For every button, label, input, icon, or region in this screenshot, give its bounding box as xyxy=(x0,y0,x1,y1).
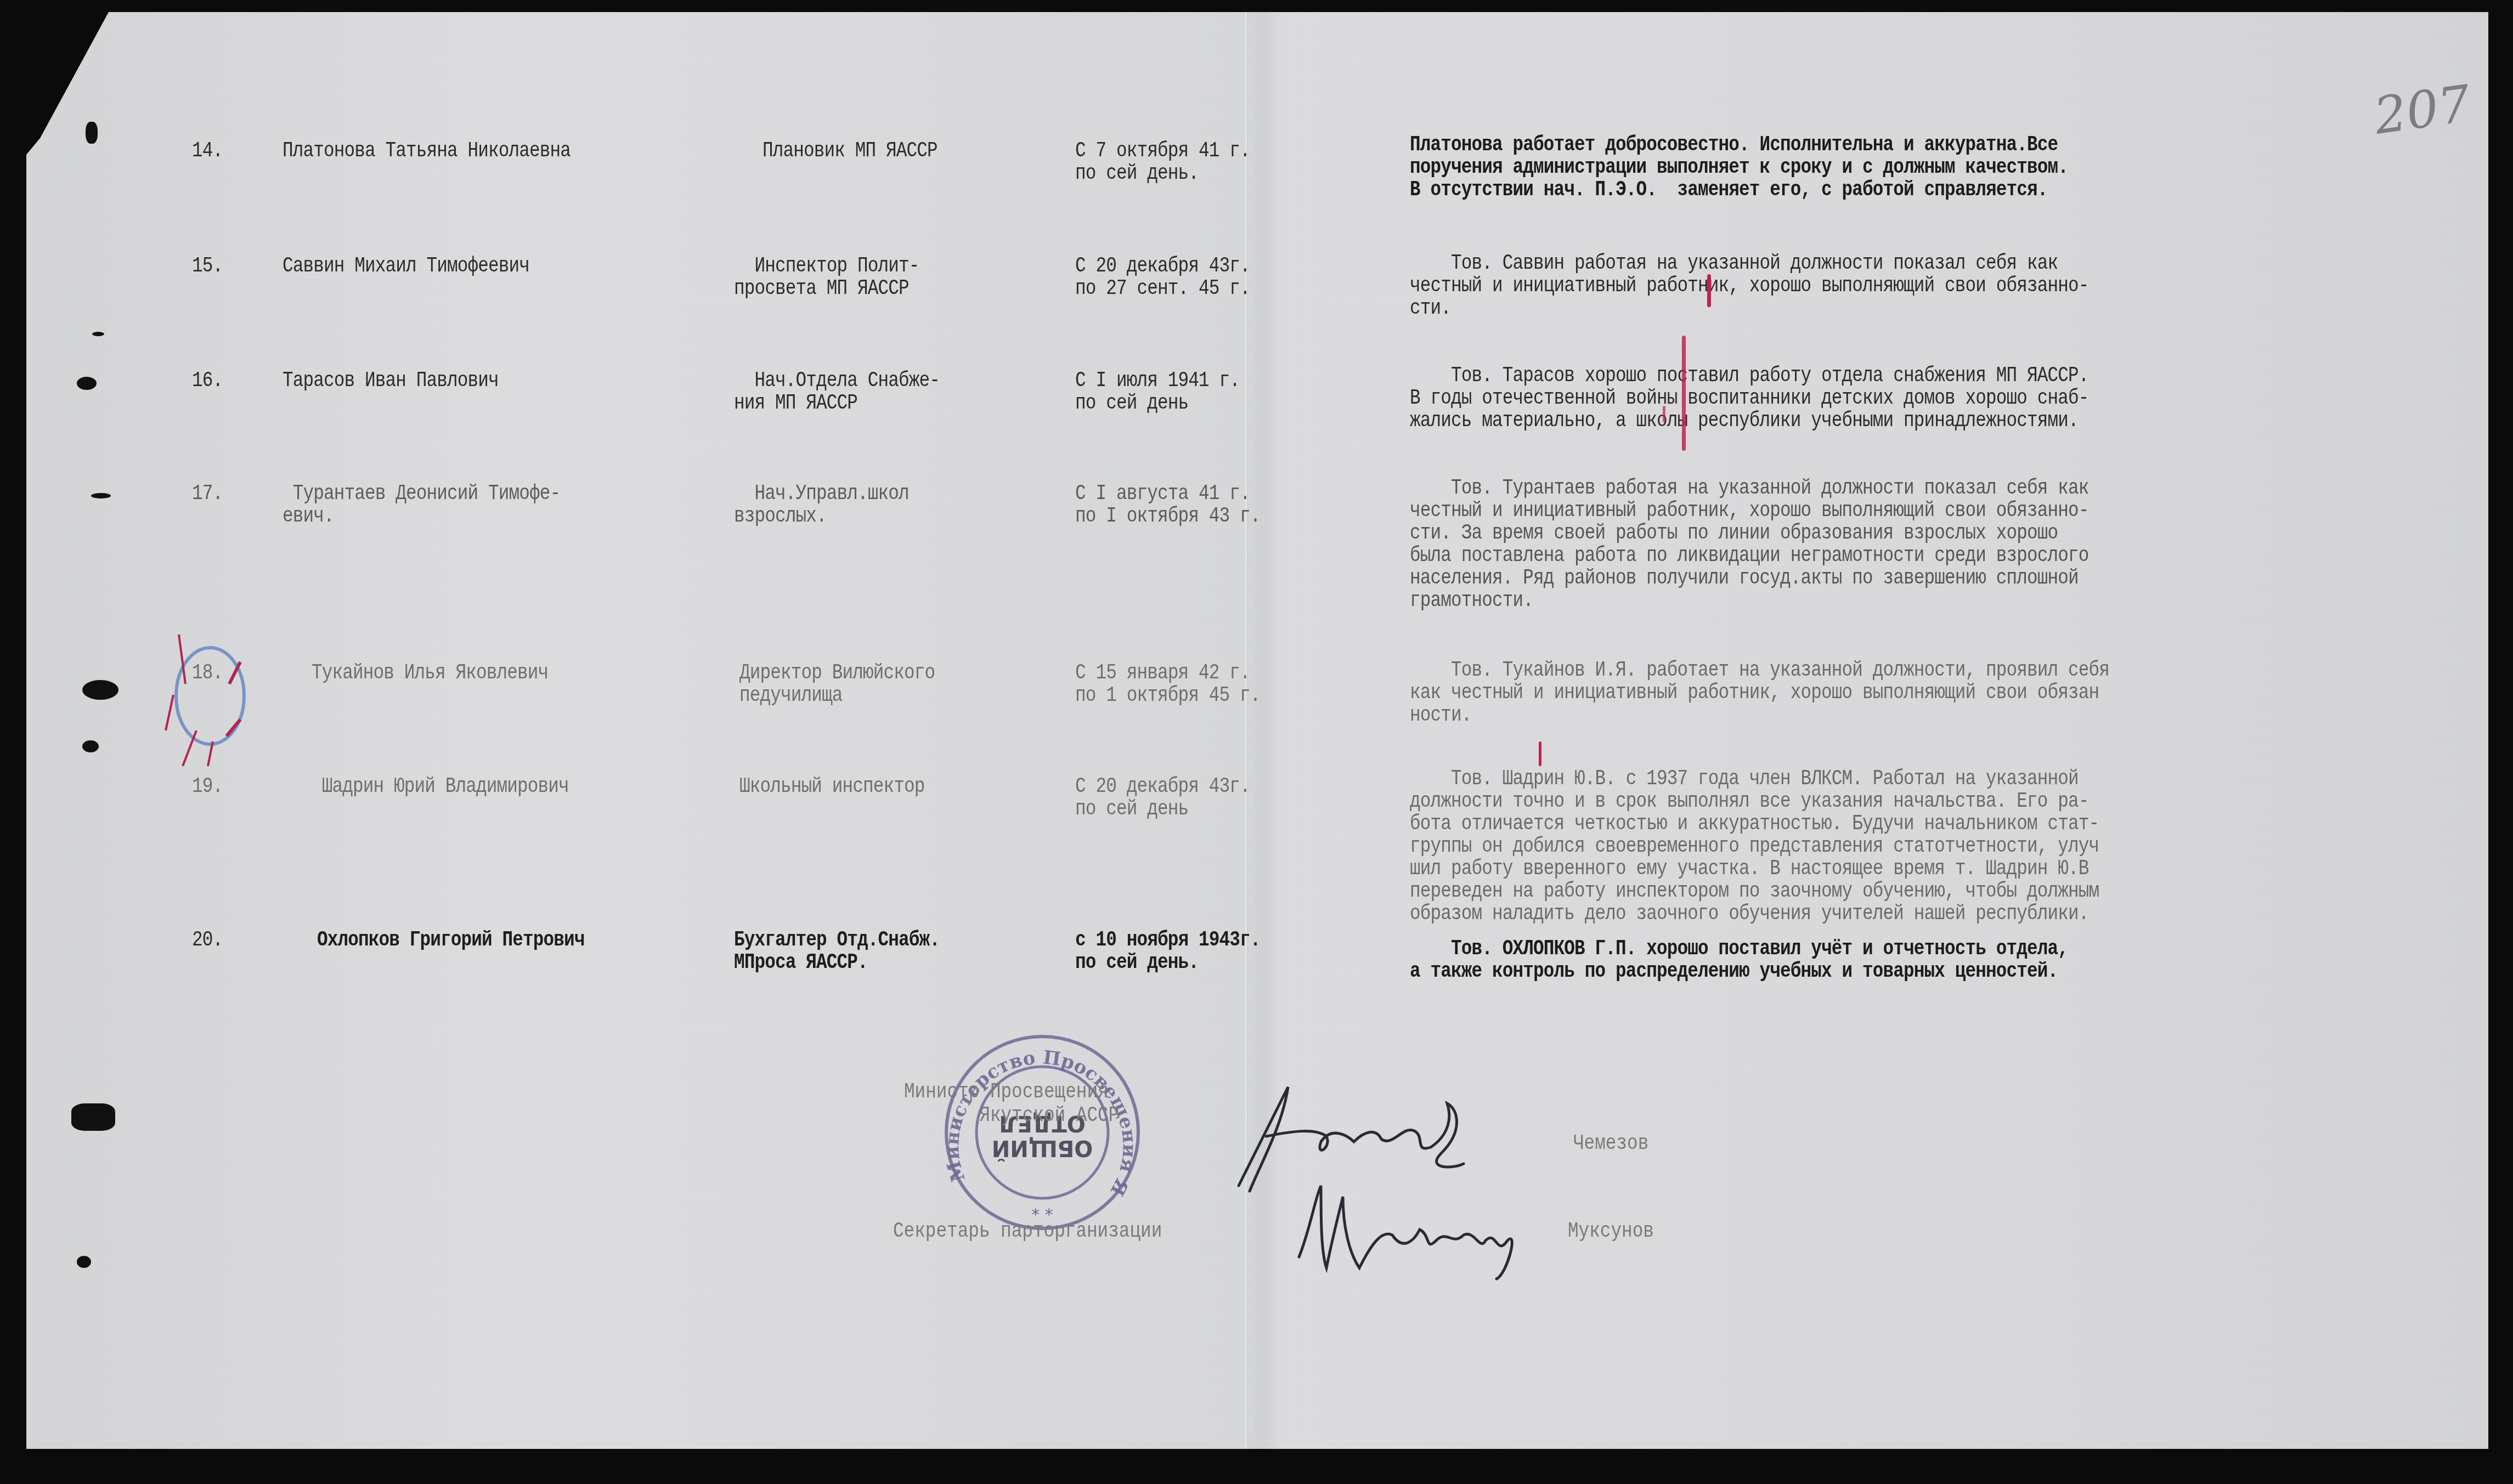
row-number: 14. xyxy=(192,140,223,162)
employment-dates: С 7 октября 41 г. по сей день. xyxy=(1075,140,1250,185)
employee-characteristic: Тов. Шадрин Ю.В. с 1937 года член ВЛКСМ.… xyxy=(1410,768,2099,925)
employee-characteristic: Тов. Тарасов хорошо поставил работу отде… xyxy=(1410,365,2089,432)
punch-hole xyxy=(86,122,98,144)
employee-position: Нач.Отдела Снабже- ния МП ЯАССР xyxy=(734,370,940,415)
employment-dates: С I июля 1941 г. по сей день xyxy=(1075,370,1240,415)
employee-name: Саввин Михаил Тимофеевич xyxy=(283,255,529,277)
punch-hole xyxy=(77,377,97,390)
employee-name: Шадрин Юрий Владимирович xyxy=(312,775,569,798)
employee-position: Инспектор Полит- просвета МП ЯАССР xyxy=(734,255,919,300)
row-number: 18. xyxy=(192,662,223,684)
handwritten-page-number: 207 xyxy=(2370,74,2474,145)
employment-dates: С 15 января 42 г. по 1 октября 45 г. xyxy=(1075,662,1261,707)
signature-title-party-secretary: Секретарь парторганизации xyxy=(893,1220,1162,1243)
punch-hole xyxy=(91,493,111,499)
red-pencil-mark xyxy=(1707,274,1711,307)
paper-fold-line xyxy=(1245,12,1247,1449)
punch-hole xyxy=(77,1256,91,1268)
row-number: 19. xyxy=(192,775,223,798)
row-number: 16. xyxy=(192,370,223,392)
punch-hole xyxy=(82,740,99,752)
employment-dates: С I августа 41 г. по I октября 43 г. xyxy=(1075,483,1261,528)
employment-dates: С 20 декабря 43г. по 27 сент. 45 г. xyxy=(1075,255,1250,300)
signature-name-party-secretary: Муксунов xyxy=(1568,1220,1654,1243)
employee-characteristic: Тов. Саввин работая на указанной должнос… xyxy=(1410,252,2089,320)
document-page: 207 14. Платонова Татьяна Николаевна Пла… xyxy=(26,12,2488,1449)
row-number: 15. xyxy=(192,255,223,277)
punch-hole xyxy=(92,332,104,336)
red-pencil-mark xyxy=(1539,741,1541,766)
employment-dates: С 20 декабря 43г. по сей день xyxy=(1075,775,1250,820)
punch-hole xyxy=(82,680,118,700)
employee-name: Охлопков Григорий Петрович xyxy=(317,929,585,951)
employee-position: Нач.Управл.школ взрослых. xyxy=(734,483,909,528)
red-pencil-mark xyxy=(1663,406,1665,422)
employment-dates: с 10 ноября 1943г. по сей день. xyxy=(1075,929,1261,974)
signature-title-minister: Министр Просвещения Якутской АССР xyxy=(904,1080,1119,1128)
employee-name: Тарасов Иван Павлович xyxy=(283,370,499,392)
signature-name-minister: Чемезов xyxy=(1573,1132,1648,1156)
employee-characteristic: Тов. Турантаев работая на указанной долж… xyxy=(1410,477,2089,612)
employee-characteristic: Платонова работает добросовестно. Исполн… xyxy=(1410,134,2068,201)
employee-name: Турантаев Деонисий Тимофе- евич. xyxy=(283,483,560,528)
employee-position: Директор Вилюйского педучилища xyxy=(739,662,935,707)
row-number: 17. xyxy=(192,483,223,505)
row-number: 20. xyxy=(192,929,223,951)
employee-position: Школьный инспектор xyxy=(739,775,925,798)
employee-name: Платонова Татьяна Николаевна xyxy=(283,140,571,162)
stamp-inner-line: ОБЩИЙ xyxy=(992,1135,1093,1162)
official-stamp: Министерство Просвещения Я.А.С.С.Р. ОБЩИ… xyxy=(933,1026,1152,1239)
employee-position: Бухгалтер Отд.Снабж. МПроса ЯАССР. xyxy=(734,929,940,974)
red-pencil-mark xyxy=(1682,336,1686,451)
punch-hole xyxy=(71,1103,115,1131)
employee-position: Плановик МП ЯАССР xyxy=(763,140,938,162)
signature-party-secretary xyxy=(1288,1175,1551,1284)
employee-characteristic: Тов. Тукайнов И.Я. работает на указанной… xyxy=(1410,659,2109,727)
employee-name: Тукайнов Илья Яковлевич xyxy=(312,662,548,684)
employee-characteristic: Тов. ОХЛОПКОВ Г.П. хорошо поставил учёт … xyxy=(1410,938,2068,983)
circled-row-annotation xyxy=(158,635,268,766)
